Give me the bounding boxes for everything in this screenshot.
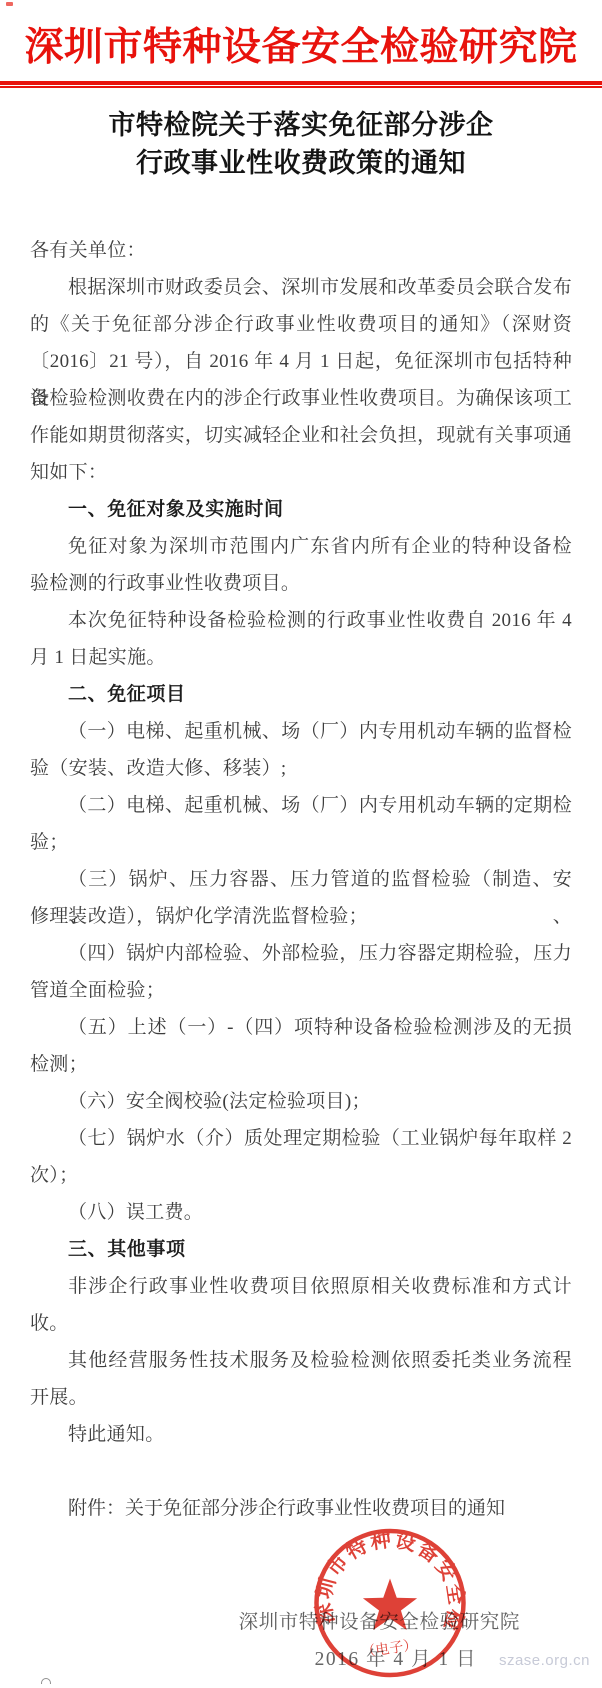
body-line: （六）安全阀校验(法定检验项目)； [30,1083,572,1120]
body-line: 根据深圳市财政委员会、深圳市发展和改革委员会联合发布 [30,269,572,306]
body-line: 月 1 日起实施。 [30,639,572,676]
body-line: （八）误工费。 [30,1194,572,1231]
body-line: 〔2016〕21 号），自 2016 年 4 月 1 日起，免征深圳市包括特种设 [30,343,572,380]
body-line: 次）； [30,1157,572,1194]
document-page: 深圳市特种设备安全检验研究院 市特检院关于落实免征部分涉企 行政事业性收费政策的… [0,0,602,1688]
body-line: （二）电梯、起重机械、场（厂）内专用机动车辆的定期检 [30,787,572,824]
body-line: 其他经营服务性技术服务及检验检测依照委托类业务流程 [30,1342,572,1379]
attachment-note: 附件：关于免征部分涉企行政事业性收费项目的通知 [68,1490,505,1527]
official-seal: 深圳市特种设备安全检验研究院 （电子） [311,1526,469,1680]
page-number-fragment [41,1678,51,1688]
body-line: 验检测的行政事业性收费项目。 [30,565,572,602]
body-line: （五）上述（一）-（四）项特种设备检验检测涉及的无损 [30,1009,572,1046]
body-line: （七）锅炉水（介）质处理定期检验（工业锅炉每年取样 2 [30,1120,572,1157]
letterhead-divider-rule [0,81,602,88]
seal-star-icon [363,1579,417,1631]
body-line: 作能如期贯彻落实，切实减轻企业和社会负担，现就有关事项通 [30,417,572,454]
body-line: 二、免征项目 [30,676,572,713]
body-line: 非涉企行政事业性收费项目依照原相关收费标准和方式计 [30,1268,572,1305]
body-line: 验； [30,824,572,861]
body-line: （一）电梯、起重机械、场（厂）内专用机动车辆的监督检 [30,713,572,750]
body-line: 开展。 [30,1379,572,1416]
body-line: （四）锅炉内部检验、外部检验，压力容器定期检验，压力 [30,935,572,972]
body-lines: 各有关单位：根据深圳市财政委员会、深圳市发展和改革委员会联合发布的《关于免征部分… [30,232,572,1453]
document-title-line2: 行政事业性收费政策的通知 [0,144,602,182]
site-watermark: szase.org.cn [499,1652,590,1669]
document-title: 市特检院关于落实免征部分涉企 行政事业性收费政策的通知 [0,106,602,182]
body-line: 各有关单位： [30,232,572,269]
body-line: 验（安装、改造大修、移装）; [30,750,572,787]
seal-sub-text: （电子） [360,1636,418,1661]
document-title-line1: 市特检院关于落实免征部分涉企 [0,106,602,144]
body-line: 收。 [30,1305,572,1342]
letterhead-org-name: 深圳市特种设备安全检验研究院 [0,22,602,74]
body-line: 知如下： [30,454,572,491]
body-line: 三、其他事项 [30,1231,572,1268]
body-line: 管道全面检验； [30,972,572,1009]
body-line: 备检验检测收费在内的涉企行政事业性收费项目。为确保该项工 [30,380,572,417]
body-line: 本次免征特种设备检验检测的行政事业性收费自 2016 年 4 [30,602,572,639]
scan-noise-speck [6,2,13,6]
body-line: 特此通知。 [30,1416,572,1453]
body-line: （三）锅炉、压力容器、压力管道的监督检验（制造、安装、 [30,861,572,898]
body-line: 检测； [30,1046,572,1083]
body-line: 一、免征对象及实施时间 [30,491,572,528]
body-line: 免征对象为深圳市范围内广东省内所有企业的特种设备检 [30,528,572,565]
body-line: 的《关于免征部分涉企行政事业性收费项目的通知》（深财资 [30,306,572,343]
